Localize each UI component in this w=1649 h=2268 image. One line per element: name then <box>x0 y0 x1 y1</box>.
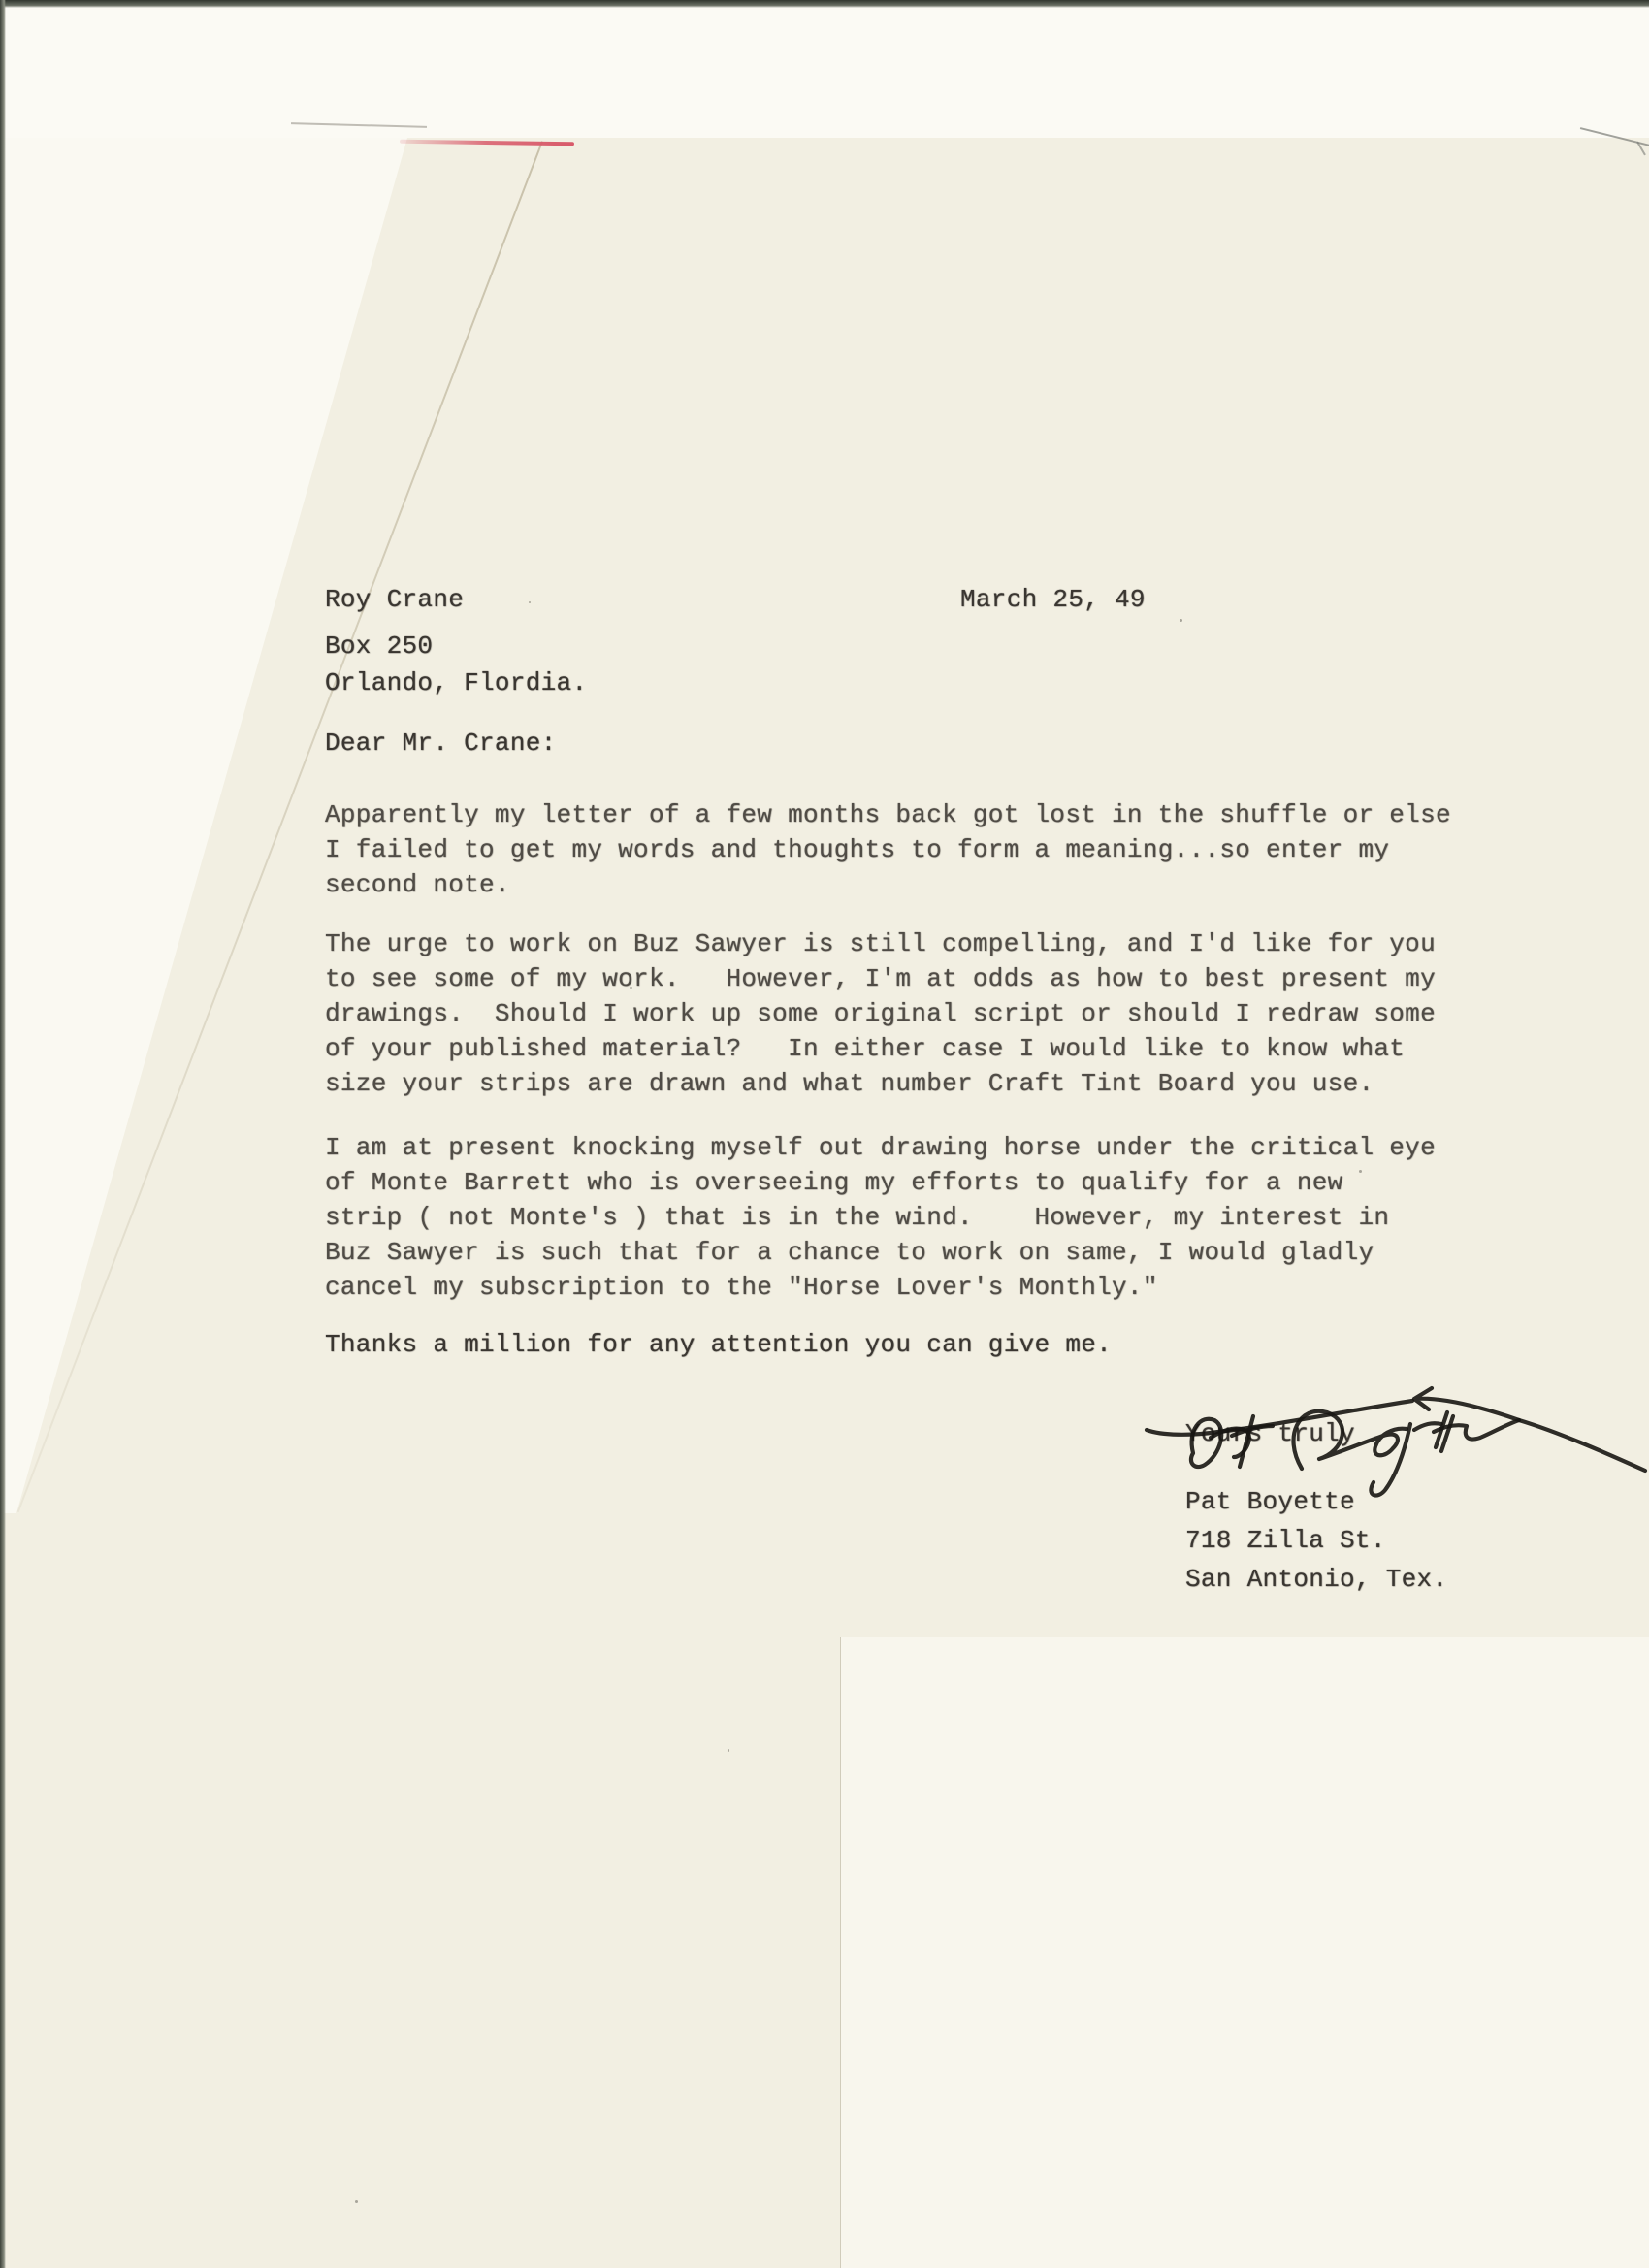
paper-speck <box>529 601 531 603</box>
paper-speck <box>727 1749 729 1752</box>
bottom-sheet-overlap <box>841 1637 1649 2268</box>
scanner-edge-left <box>0 0 6 2268</box>
scanned-letter-page: Roy Crane March 25, 49 Box 250 Orlando, … <box>0 0 1649 2268</box>
recipient-address-line2: Orlando, Flordia. <box>325 665 587 700</box>
backing-sheet-top <box>0 0 1649 138</box>
paper-speck <box>355 2200 358 2203</box>
signer-name: Pat Boyette <box>1185 1484 1355 1519</box>
bottom-sheet-edge-line <box>840 1637 841 2268</box>
letter-date: March 25, 49 <box>960 582 1146 617</box>
recipient-address-line1: Box 250 <box>325 629 433 664</box>
signer-address-line2: San Antonio, Tex. <box>1185 1562 1447 1597</box>
thanks-line: Thanks a million for any attention you c… <box>325 1327 1112 1362</box>
paragraph-1: Apparently my letter of a few months bac… <box>325 797 1451 902</box>
salutation: Dear Mr. Crane: <box>325 726 557 761</box>
scanner-edge-top <box>0 0 1649 8</box>
signer-address-line1: 718 Zilla St. <box>1185 1523 1386 1558</box>
paragraph-3: I am at present knocking myself out draw… <box>325 1130 1436 1305</box>
recipient-name: Roy Crane <box>325 582 464 617</box>
paragraph-2: The urge to work on Buz Sawyer is still … <box>325 926 1436 1101</box>
paper-speck <box>1180 619 1182 622</box>
